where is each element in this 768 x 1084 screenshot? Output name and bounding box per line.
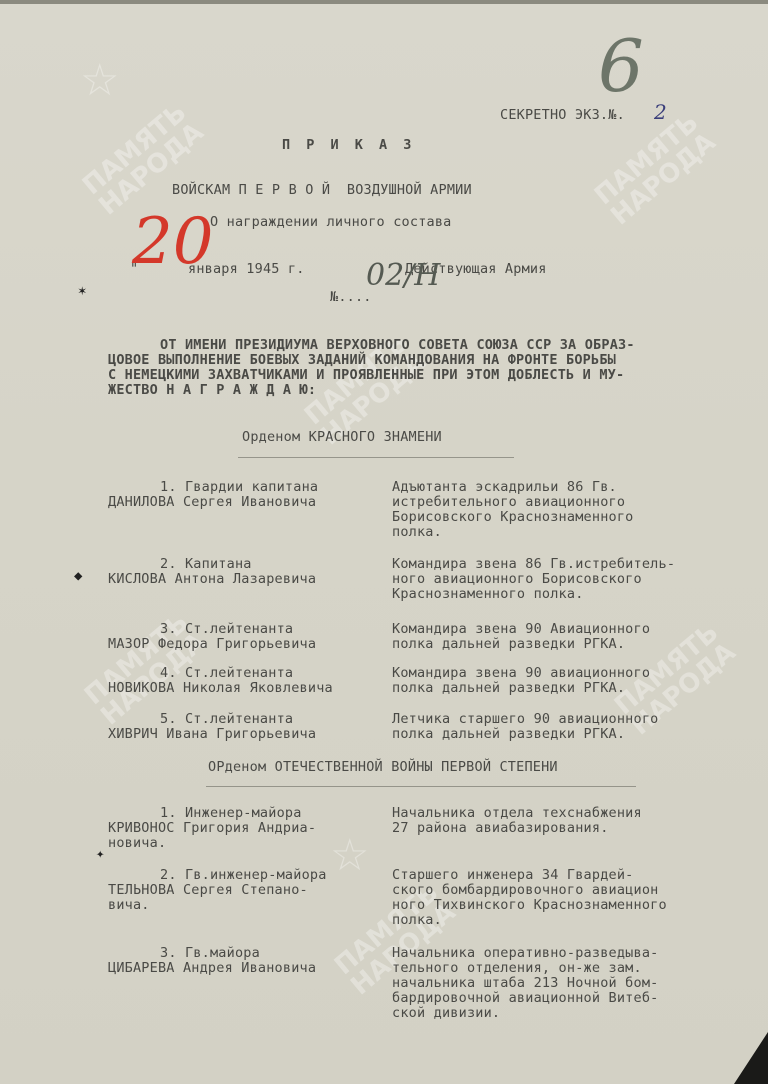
entry-name: КРИВОНОС Григория Андриа- bbox=[108, 821, 316, 836]
entry-name: новича. bbox=[108, 836, 166, 851]
handwritten-copy-number: 2 bbox=[654, 100, 667, 124]
entry-name: КИСЛОВА Антона Лазаревича bbox=[108, 572, 316, 587]
entry-name: вича. bbox=[108, 898, 150, 913]
entry-position: 27 района авиабазирования. bbox=[392, 821, 609, 836]
watermark: ПАМЯТЬНАРОДА bbox=[78, 99, 208, 220]
entry-position: Борисовского Краснознаменного bbox=[392, 510, 634, 525]
secret-label: СЕКРЕТНО ЭКЗ.№. bbox=[500, 108, 625, 123]
heading-underline bbox=[206, 786, 636, 787]
entry-position: Летчика старшего 90 авиационного bbox=[392, 712, 659, 727]
margin-mark: ✶ bbox=[78, 283, 86, 299]
scan-corner-shadow bbox=[734, 1032, 768, 1084]
entry-rank: 2. Капитана bbox=[160, 557, 252, 572]
preamble-line: ОТ ИМЕНИ ПРЕЗИДИУМА ВЕРХОВНОГО СОВЕТА СО… bbox=[160, 338, 635, 353]
entry-position: ского бомбардировочного авиацион bbox=[392, 883, 659, 898]
entry-rank: 3. Ст.лейтенанта bbox=[160, 622, 293, 637]
entry-position: Командира звена 90 авиационного bbox=[392, 666, 650, 681]
watermark-star-icon: ☆ bbox=[330, 830, 369, 881]
entry-position: истребительного авиационного bbox=[392, 495, 625, 510]
preamble-line: ЖЕСТВО Н А Г Р А Ж Д А Ю: bbox=[108, 383, 316, 398]
entry-name: ХИВРИЧ Ивана Григорьевича bbox=[108, 727, 316, 742]
scan-top-edge bbox=[0, 0, 768, 4]
entry-position: тельного отделения, он-же зам. bbox=[392, 961, 642, 976]
entry-rank: 1. Инженер-майора bbox=[160, 806, 302, 821]
entry-position: полка дальней разведки РГКА. bbox=[392, 727, 625, 742]
page-title: П Р И К А З bbox=[282, 138, 415, 153]
document-page: ☆ ПАМЯТЬНАРОДА ПАМЯТЬНАРОДА ПАМЯТЬНАРОДА… bbox=[0, 0, 768, 1084]
entry-position: Начальника оперативно-разведыва- bbox=[392, 946, 659, 961]
entry-position: Старшего инженера 34 Гвардей- bbox=[392, 868, 634, 883]
entry-position: полка. bbox=[392, 525, 442, 540]
entry-rank: 5. Ст.лейтенанта bbox=[160, 712, 293, 727]
entry-rank: 3. Гв.майора bbox=[160, 946, 260, 961]
entry-position: Краснознаменного полка. bbox=[392, 587, 584, 602]
watermark: ПАМЯТЬНАРОДА bbox=[590, 109, 720, 230]
entry-position: Командира звена 86 Гв.истребитель- bbox=[392, 557, 675, 572]
margin-mark: ◆ bbox=[74, 568, 82, 584]
entry-name: НОВИКОВА Николая Яковлевича bbox=[108, 681, 333, 696]
preamble-line: ЦОВОЕ ВЫПОЛНЕНИЕ БОЕВЫХ ЗАДАНИЙ КОМАНДОВ… bbox=[108, 353, 616, 368]
subject: О награждении личного состава bbox=[210, 215, 452, 230]
entry-position: бардировочной авиационной Витеб- bbox=[392, 991, 659, 1006]
entry-position: полка дальней разведки РГКА. bbox=[392, 637, 625, 652]
entry-position: Адъютанта эскадрильи 86 Гв. bbox=[392, 480, 617, 495]
entry-position: полка дальней разведки РГКА. bbox=[392, 681, 625, 696]
entry-name: ЦИБАРЕВА Андрея Ивановича bbox=[108, 961, 316, 976]
entry-name: ДАНИЛОВА Сергея Ивановича bbox=[108, 495, 316, 510]
entry-position: ного авиационного Борисовского bbox=[392, 572, 642, 587]
preamble-line: С НЕМЕЦКИМИ ЗАХВАТЧИКАМИ И ПРОЯВЛЕННЫЕ П… bbox=[108, 368, 624, 383]
section-heading: ОРденом ОТЕЧЕСТВЕННОЙ ВОЙНЫ ПЕРВОЙ СТЕПЕ… bbox=[208, 760, 558, 775]
section-heading: Орденом КРАСНОГО ЗНАМЕНИ bbox=[242, 430, 442, 445]
addressee: ВОЙСКАМ П Е Р В О Й ВОЗДУШНОЙ АРМИИ bbox=[172, 183, 472, 198]
entry-rank: 2. Гв.инженер-майора bbox=[160, 868, 327, 883]
entry-position: ской дивизии. bbox=[392, 1006, 500, 1021]
entry-position: ного Тихвинского Краснознаменного bbox=[392, 898, 667, 913]
handwritten-order-number: 02/Н bbox=[366, 258, 440, 293]
date: января 1945 г. bbox=[188, 262, 305, 277]
entry-position: начальника штаба 213 Ночной бом- bbox=[392, 976, 659, 991]
entry-name: ТЕЛЬНОВА Сергея Степано- bbox=[108, 883, 308, 898]
watermark-star-icon: ☆ bbox=[80, 55, 119, 106]
entry-rank: 4. Ст.лейтенанта bbox=[160, 666, 293, 681]
heading-underline bbox=[238, 457, 514, 458]
entry-position: Командира звена 90 Авиационного bbox=[392, 622, 650, 637]
entry-name: МАЗОР Федора Григорьевича bbox=[108, 637, 316, 652]
handwritten-sheet-number: 6 bbox=[598, 30, 644, 102]
margin-mark: ✦ bbox=[96, 846, 104, 862]
entry-position: полка. bbox=[392, 913, 442, 928]
entry-rank: 1. Гвардии капитана bbox=[160, 480, 318, 495]
entry-position: Начальника отдела техснабжения bbox=[392, 806, 642, 821]
